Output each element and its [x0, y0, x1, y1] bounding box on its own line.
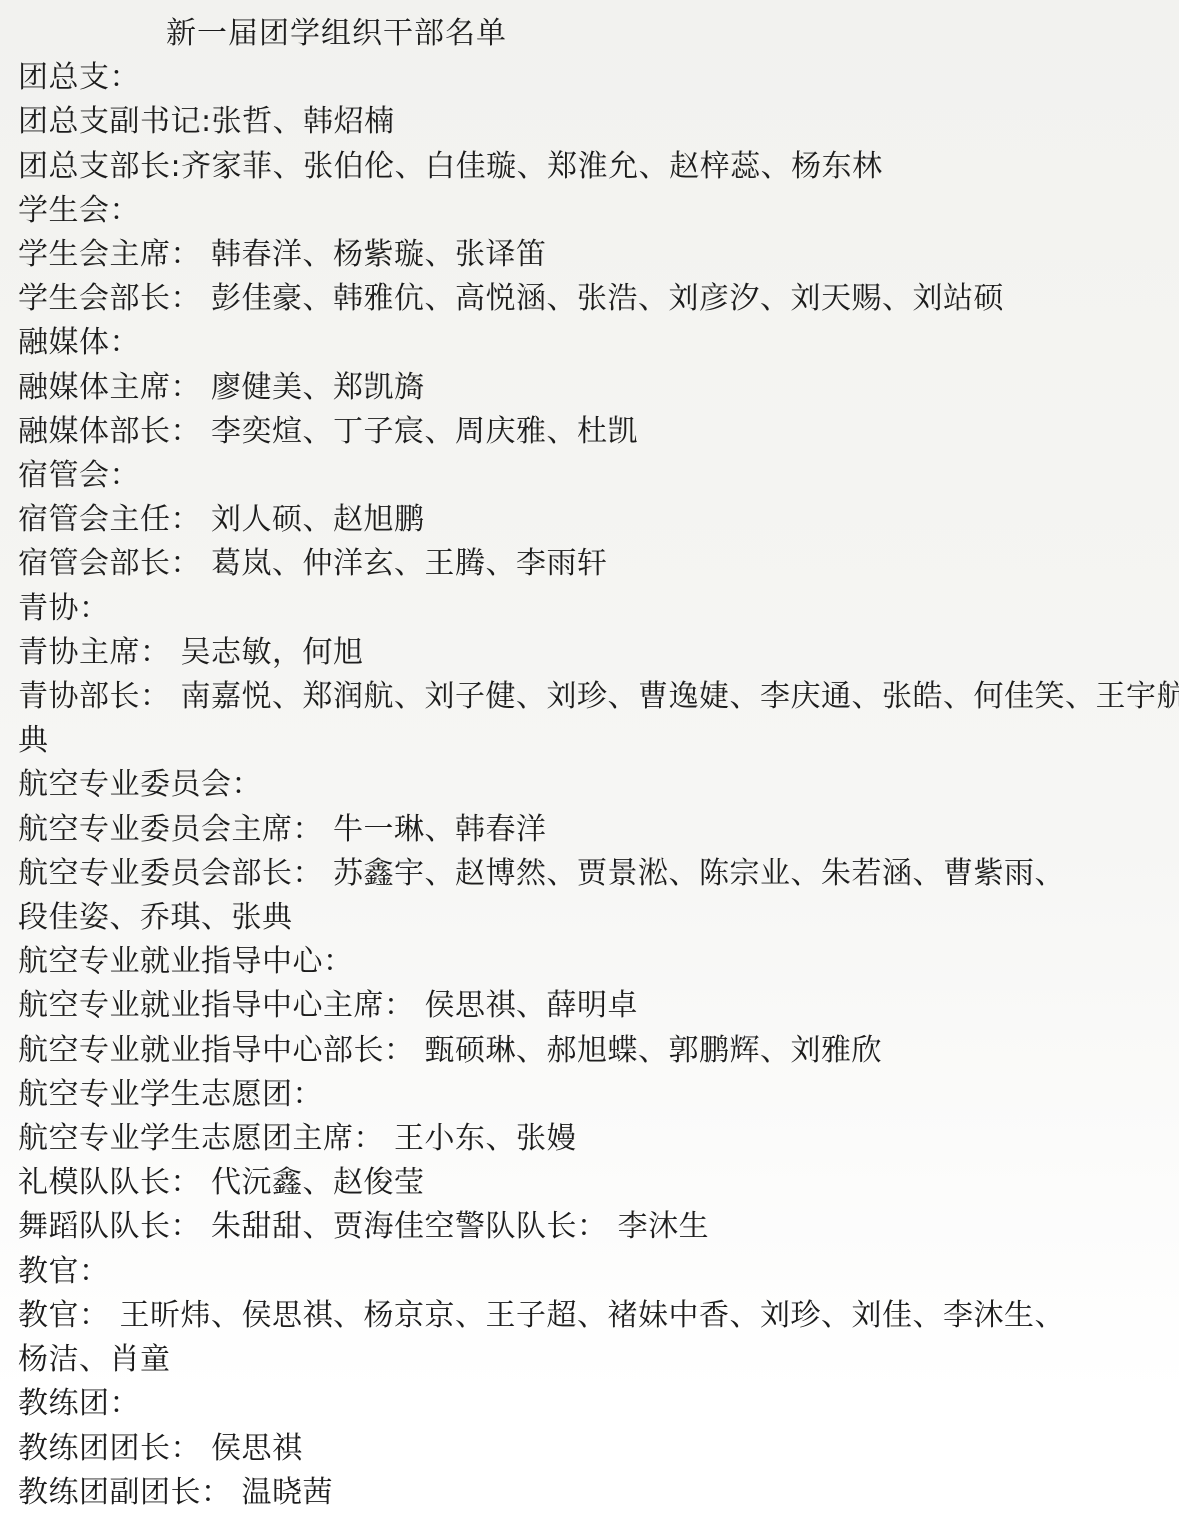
document-lines: 团总支：团总支副书记:张哲、韩炤楠团总支部长:齐家菲、张伯伦、白佳璇、郑淮允、赵…	[18, 56, 1169, 1515]
document-line: 团总支部长:齐家菲、张伯伦、白佳璇、郑淮允、赵梓蕊、杨东林	[18, 145, 1169, 189]
document-line: 教练团团长： 侯思祺	[18, 1427, 1169, 1471]
document-line: 礼模队队长： 代沅鑫、赵俊莹	[18, 1161, 1169, 1205]
document-line: 教练团：	[18, 1382, 1169, 1426]
document-line: 青协主席： 吴志敏，何旭	[18, 631, 1169, 675]
document-line: 航空专业就业指导中心：	[18, 940, 1169, 984]
document-line: 团总支：	[18, 56, 1169, 100]
document-line: 航空专业委员会主席： 牛一琳、韩春洋	[18, 808, 1169, 852]
document-line: 宿管会部长： 葛岚、仲洋玄、王腾、李雨轩	[18, 542, 1169, 586]
document-line: 学生会部长： 彭佳豪、韩雅伉、高悦涵、张浩、刘彦汐、刘天赐、刘站硕	[18, 277, 1169, 321]
document-line: 舞蹈队队长： 朱甜甜、贾海佳空警队队长： 李沐生	[18, 1205, 1169, 1249]
document-title: 新一届团学组织干部名单	[18, 12, 1169, 56]
document-line: 宿管会：	[18, 454, 1169, 498]
document-line: 航空专业就业指导中心部长： 甄硕琳、郝旭蝶、郭鹏辉、刘雅欣	[18, 1029, 1169, 1073]
document-line: 典	[18, 719, 1169, 763]
document-line: 航空专业就业指导中心主席： 侯思祺、薛明卓	[18, 984, 1169, 1028]
document-line: 融媒体部长： 李奕煊、丁子宸、周庆雅、杜凯	[18, 410, 1169, 454]
document-line: 融媒体：	[18, 321, 1169, 365]
document-line: 教练团副团长： 温晓茜	[18, 1471, 1169, 1515]
document-line: 学生会：	[18, 189, 1169, 233]
document-line: 学生会主席： 韩春洋、杨紫璇、张译笛	[18, 233, 1169, 277]
document-line: 融媒体主席： 廖健美、郑凯旖	[18, 366, 1169, 410]
document-line: 教官：	[18, 1250, 1169, 1294]
document-line: 团总支副书记:张哲、韩炤楠	[18, 100, 1169, 144]
document-line: 青协：	[18, 587, 1169, 631]
document-line: 航空专业委员会：	[18, 763, 1169, 807]
document-line: 航空专业学生志愿团：	[18, 1073, 1169, 1117]
document-line: 段佳姿、乔琪、张典	[18, 896, 1169, 940]
document-line: 宿管会主任： 刘人硕、赵旭鹏	[18, 498, 1169, 542]
document-line: 青协部长： 南嘉悦、郑润航、刘子健、刘珍、曹逸婕、李庆通、张皓、何佳笑、王宇航、…	[18, 675, 1169, 719]
document-line: 航空专业委员会部长： 苏鑫宇、赵博然、贾景淞、陈宗业、朱若涵、曹紫雨、	[18, 852, 1169, 896]
document-line: 杨洁、肖童	[18, 1338, 1169, 1382]
document-line: 教官： 王昕炜、侯思祺、杨京京、王子超、褚妹中香、刘珍、刘佳、李沐生、	[18, 1294, 1169, 1338]
document-page: 新一届团学组织干部名单 团总支：团总支副书记:张哲、韩炤楠团总支部长:齐家菲、张…	[0, 0, 1179, 1517]
document-line: 航空专业学生志愿团主席： 王小东、张嫚	[18, 1117, 1169, 1161]
